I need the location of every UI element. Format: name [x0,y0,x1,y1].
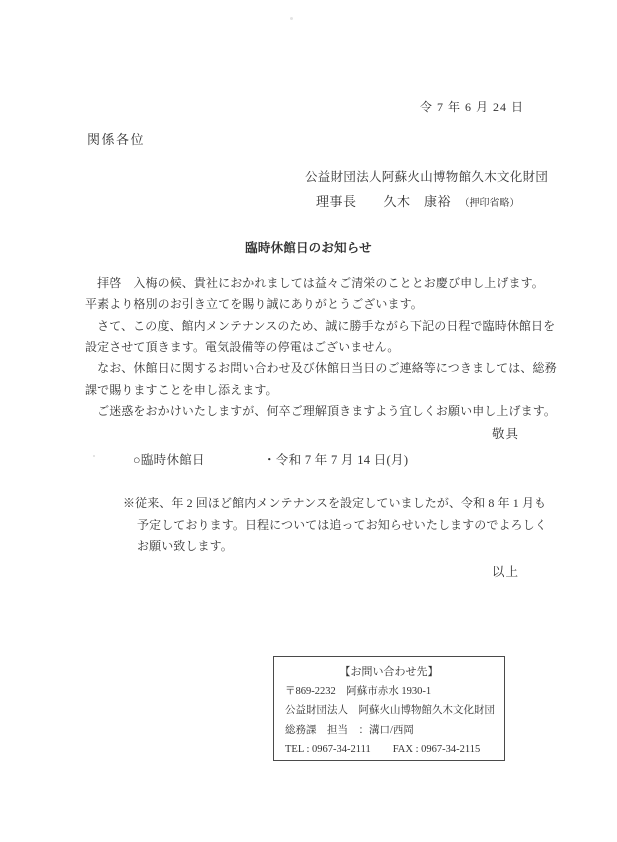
body-line: ご迷惑をおかけいたしますが、何卒ご理解頂きますよう宜しくお願い申し上げます。 [85,404,556,419]
spacer [451,194,465,209]
contact-fax: FAX : 0967-34-2115 [393,744,481,755]
body-line: 拝啓 入梅の候、貴社におかれましては益々ご清栄のこととお慶び申し上げます。 [85,276,544,291]
scan-artifact-dot [93,455,95,457]
sender-title-line: 理事長 久木 康裕 （押印省略） [316,194,520,211]
body-line: 課で賜りますことを申し添えます。 [85,383,278,398]
note-line: 予定しております。日程については追ってお知らせいたしますのでよろしく [137,518,547,533]
contact-organization: 公益財団法人 阿蘇火山博物館久木文化財団 [285,701,504,720]
body-line: 設定させて頂きます。電気設備等の停電はございません。 [85,340,399,355]
closure-day-date: ・令和 7 年 7 月 14 日(月) [263,453,408,469]
scanned-letter-page: 令 7 年 6 月 24 日 関係各位 公益財団法人阿蘇火山博物館久木文化財団 … [0,0,617,842]
note-line: お願い致します。 [137,539,233,554]
closing-salutation: 敬具 [492,427,519,443]
contact-address: 〒869-2232 阿蘇市赤水 1930-1 [285,682,504,701]
letter-date: 令 7 年 6 月 24 日 [420,100,524,115]
body-line: なお、休館日に関するお問い合わせ及び休館日当日のご連絡等につきましては、総務 [85,361,557,376]
body-line: さて、この度、館内メンテナンスのため、誠に勝手ながら下記の日程で臨時休館日を [85,319,555,334]
contact-tel: TEL : 0967-34-2111 [285,744,371,755]
contact-tel-fax-row: TEL : 0967-34-2111FAX : 0967-34-2115 [285,740,504,759]
contact-info-box: 【お問い合わせ先】 〒869-2232 阿蘇市赤水 1930-1 公益財団法人 … [273,656,505,761]
sender-name: 理事長 久木 康裕 [316,194,451,209]
end-mark: 以上 [492,565,519,581]
contact-department: 総務課 担当 ：溝口/西岡 [285,721,504,740]
document-title: 臨時休館日のお知らせ [0,241,617,257]
note-line: ※従来、年 2 回ほど館内メンテナンスを設定していましたが、令和 8 年 1 月… [123,496,546,511]
scan-artifact-dot [290,17,293,20]
contact-box-heading: 【お問い合わせ先】 [274,663,504,682]
closure-day-label: ○臨時休館日 [133,453,205,469]
addressee: 関係各位 [87,132,145,148]
seal-omitted-note: （押印省略） [465,198,520,209]
body-line: 平素より格別のお引き立てを賜り誠にありがとうございます。 [85,297,423,312]
sender-organization: 公益財団法人阿蘇火山博物館久木文化財団 [305,170,548,186]
